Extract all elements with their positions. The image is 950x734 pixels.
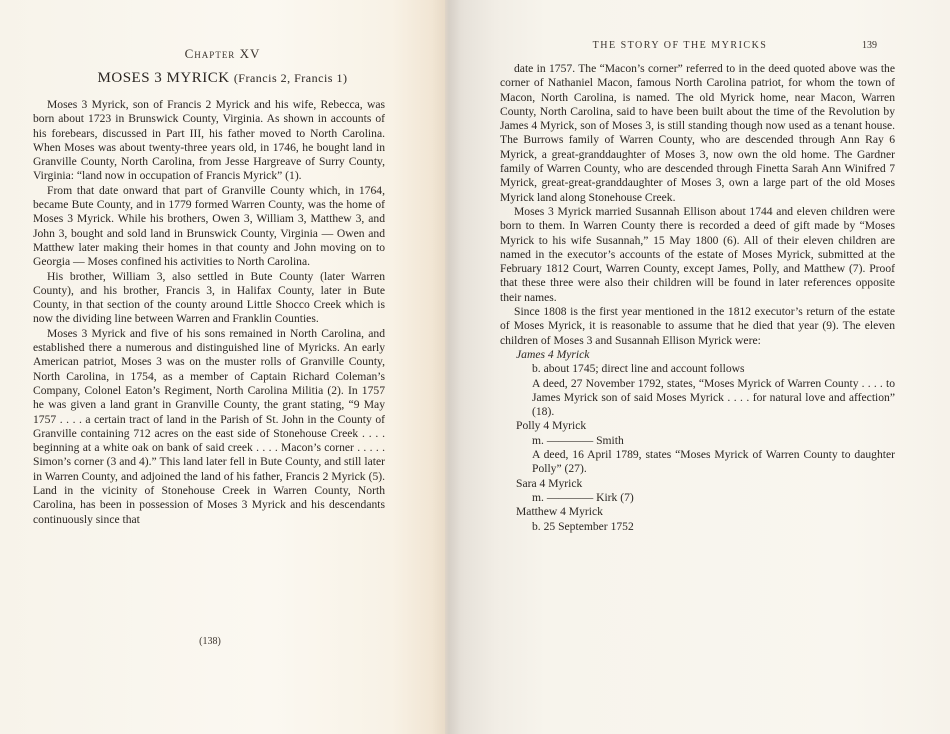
child-detail: m. ———— Smith	[500, 434, 895, 448]
paragraph: Moses 3 Myrick married Susannah Ellison …	[500, 205, 895, 305]
child-name: Matthew 4 Myrick	[500, 505, 895, 519]
child-detail: A deed, 27 November 1792, states, “Moses…	[500, 377, 895, 420]
child-detail: b. 25 September 1752	[500, 520, 895, 534]
paragraph: Since 1808 is the first year mentioned i…	[500, 305, 895, 348]
left-page: Chapter XV MOSES 3 MYRICK (Francis 2, Fr…	[0, 0, 445, 734]
right-page-body: date in 1757. The “Macon’s corner” refer…	[500, 62, 895, 534]
child-name: James 4 Myrick	[500, 348, 895, 362]
child-detail: A deed, 16 April 1789, states “Moses Myr…	[500, 448, 895, 477]
paragraph: Moses 3 Myrick and five of his sons rema…	[33, 327, 385, 527]
running-head: The Story of the Myricks	[500, 40, 860, 51]
chapter-title: MOSES 3 MYRICK (Francis 2, Francis 1)	[40, 70, 405, 87]
chapter-lineage: (Francis 2, Francis 1)	[234, 71, 348, 85]
child-detail: b. about 1745; direct line and account f…	[500, 362, 895, 376]
chapter-title-name: MOSES 3 MYRICK	[98, 70, 230, 86]
paragraph: date in 1757. The “Macon’s corner” refer…	[500, 62, 895, 205]
left-page-body: Moses 3 Myrick, son of Francis 2 Myrick …	[33, 98, 385, 527]
paragraph: His brother, William 3, also settled in …	[33, 270, 385, 327]
right-page-number: 139	[862, 40, 877, 51]
paragraph: Moses 3 Myrick, son of Francis 2 Myrick …	[33, 98, 385, 184]
left-page-number: (138)	[180, 636, 240, 647]
paragraph: From that date onward that part of Granv…	[33, 184, 385, 270]
children-list: James 4 Myrick b. about 1745; direct lin…	[500, 348, 895, 534]
chapter-label: Chapter XV	[40, 46, 405, 62]
child-detail: m. ———— Kirk (7)	[500, 491, 895, 505]
child-name: Polly 4 Myrick	[500, 419, 895, 433]
child-name: Sara 4 Myrick	[500, 477, 895, 491]
